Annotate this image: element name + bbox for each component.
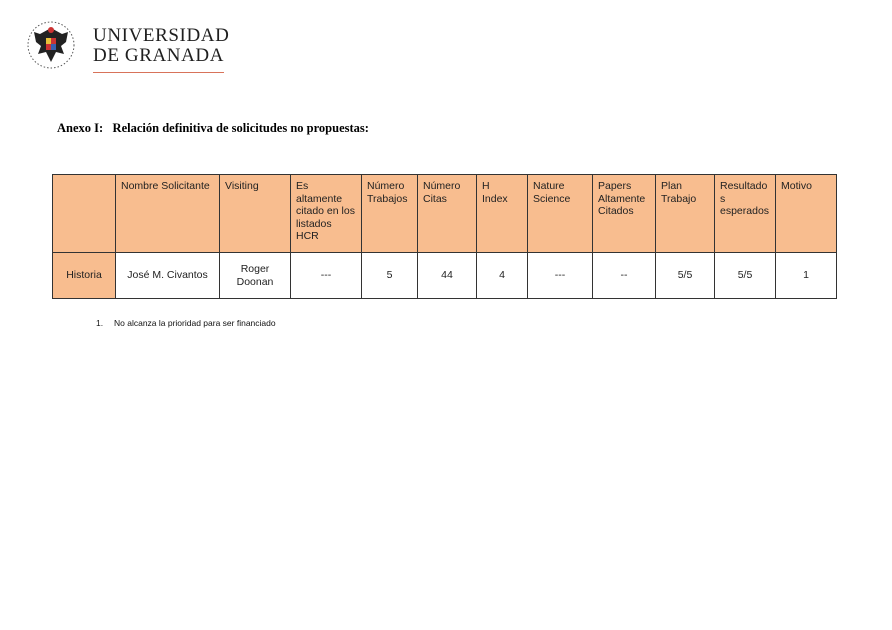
column-header: NatureScience [528,175,593,253]
column-header: Visiting [220,175,291,253]
table-cell: 5 [362,253,418,299]
footnote-number: 1. [96,318,114,328]
column-header: NúmeroCitas [418,175,477,253]
logo-underline [93,72,224,73]
logo-line-1: UNIVERSIDAD [93,26,229,46]
table-cell: 44 [418,253,477,299]
table-cell: RogerDoonan [220,253,291,299]
column-header: Esaltamentecitado en loslistadosHCR [291,175,362,253]
table-cell: --- [528,253,593,299]
table-cell: 5/5 [656,253,715,299]
column-header: Nombre Solicitante [116,175,220,253]
column-header: Motivo [776,175,837,253]
table-row: HistoriaJosé M. CivantosRogerDoonan---54… [53,253,837,299]
column-header: PapersAltamenteCitados [593,175,656,253]
university-logo: UNIVERSIDAD DE GRANADA [26,18,232,76]
column-header: PlanTrabajo [656,175,715,253]
logo-line-2: DE GRANADA [93,46,229,66]
footnote: 1.No alcanza la prioridad para ser finan… [96,318,276,328]
university-crest-icon [26,18,76,72]
table-cell: --- [291,253,362,299]
footnote-text: No alcanza la prioridad para ser financi… [114,318,276,328]
university-name: UNIVERSIDAD DE GRANADA [93,26,229,66]
table-header-row: Nombre SolicitanteVisitingEsaltamentecit… [53,175,837,253]
annex-title: Anexo I: Relación definitiva de solicitu… [57,121,369,136]
column-header: NúmeroTrabajos [362,175,418,253]
column-header: HIndex [477,175,528,253]
table-cell: -- [593,253,656,299]
column-header: Resultadosesperados [715,175,776,253]
table-cell: 4 [477,253,528,299]
table-cell: José M. Civantos [116,253,220,299]
column-header [53,175,116,253]
table-cell: Historia [53,253,116,299]
table-cell: 1 [776,253,837,299]
applications-table: Nombre SolicitanteVisitingEsaltamentecit… [52,174,837,299]
table-cell: 5/5 [715,253,776,299]
